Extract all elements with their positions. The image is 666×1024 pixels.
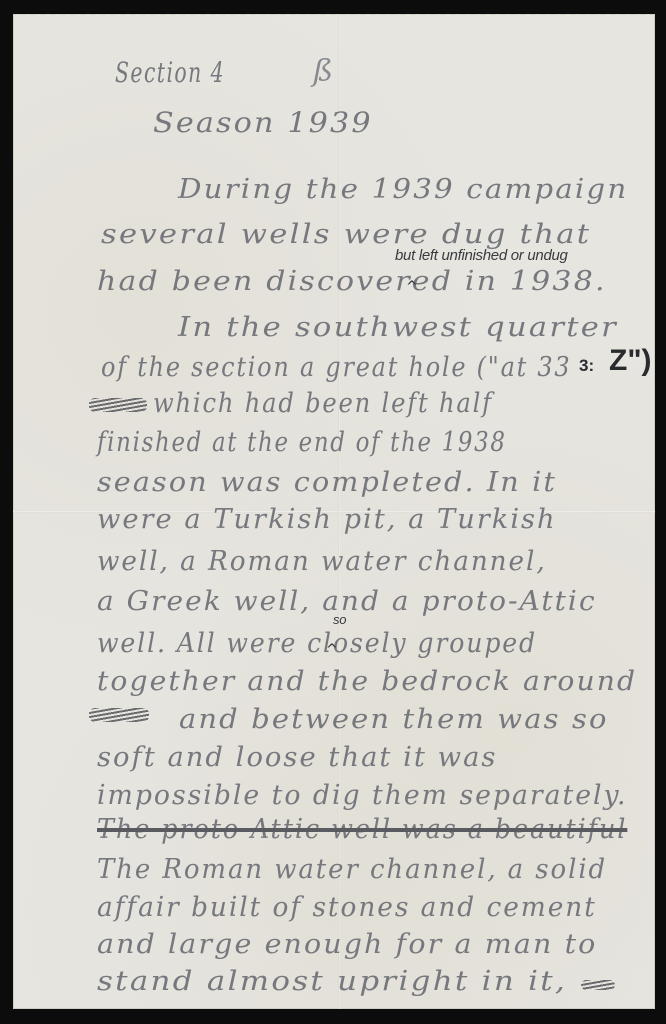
p2-line-8: a Greek well, and a proto-Attic — [97, 586, 597, 617]
p1-line-3: had been discovered in 1938. — [97, 266, 607, 297]
scribbled-out-mark-end — [581, 980, 615, 990]
p2-line-7: well, a Roman water channel, — [97, 546, 547, 577]
p2-line-4: finished at the end of the 1938 — [97, 427, 507, 458]
p3-line-4: stand almost upright in it, — [97, 966, 567, 997]
p2-line-1: In the southwest quarter — [178, 312, 618, 343]
heading-section-mark: ß — [313, 54, 333, 89]
p3-line-1: The Roman water channel, a solid — [97, 854, 607, 885]
p2-line-3: which had been left half — [153, 388, 493, 419]
heading-section: Section 4 — [115, 56, 225, 89]
insertion-caret-so: ^ — [326, 642, 338, 658]
insertion-caret: ^ — [406, 279, 418, 295]
p2-line-11: and between them was so — [179, 704, 609, 735]
p1-line-1: During the 1939 campaign — [178, 174, 628, 205]
p2-line-2: of the section a great hole ("at 33 — [101, 352, 571, 383]
p3-line-3: and large enough for a man to — [97, 929, 597, 960]
reference-number-small: 3: — [579, 356, 594, 376]
p2-line-13: impossible to dig them separately. — [97, 780, 628, 811]
p2-line-6: were a Turkish pit, a Turkish — [97, 504, 557, 535]
p2-line-9: well. All were closely grouped — [97, 628, 537, 659]
p3-line-2: affair built of stones and cement — [97, 892, 597, 923]
scribbled-out-word-2 — [89, 708, 149, 722]
insertion-unfinished: but left unfinished or undug — [395, 247, 568, 264]
manuscript-page: Section 4 ß Season 1939 During the 1939 … — [13, 14, 655, 1009]
p2-line-5: season was completed. In it — [97, 467, 557, 498]
reference-number-large: Z") — [609, 344, 652, 378]
heading-season: Season 1939 — [153, 106, 373, 139]
p2-line-12: soft and loose that it was — [97, 742, 497, 773]
p2-line-10: together and the bedrock around — [97, 666, 637, 697]
p1-line-2: several wells were dug that — [101, 219, 591, 250]
insertion-so: so — [333, 612, 346, 627]
scribbled-out-word — [89, 398, 147, 412]
perforated-edge — [13, 11, 655, 17]
struck-out-line: The proto-Attic well was a beautiful — [97, 814, 627, 845]
